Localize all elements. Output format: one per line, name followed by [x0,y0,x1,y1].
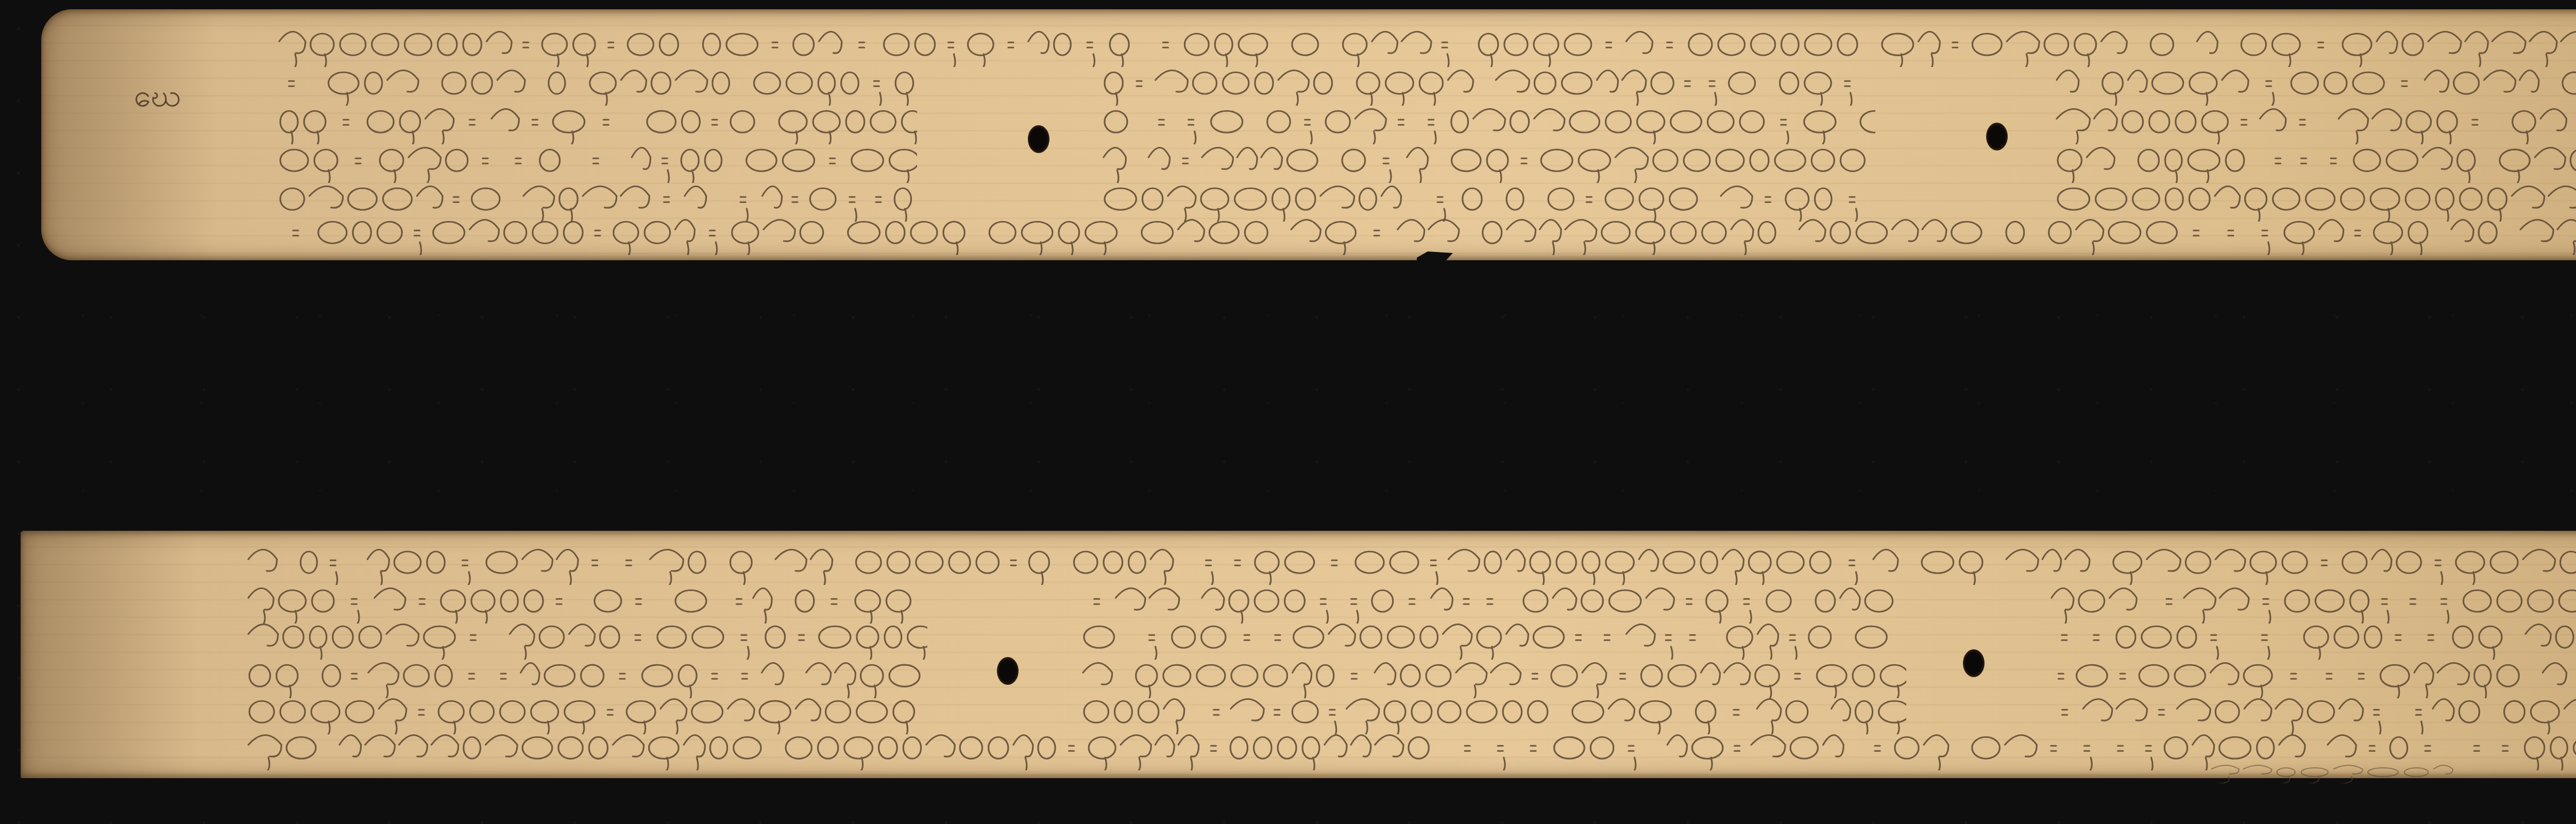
folio-marker: ဃေ [134,76,181,122]
string-hole-left [997,657,1019,685]
manuscript-line [278,206,2576,255]
interlinear-annotation [2210,763,2478,783]
string-hole-right [1963,649,1985,677]
string-hole-left [1028,125,1049,153]
string-hole-right [1986,123,2008,150]
